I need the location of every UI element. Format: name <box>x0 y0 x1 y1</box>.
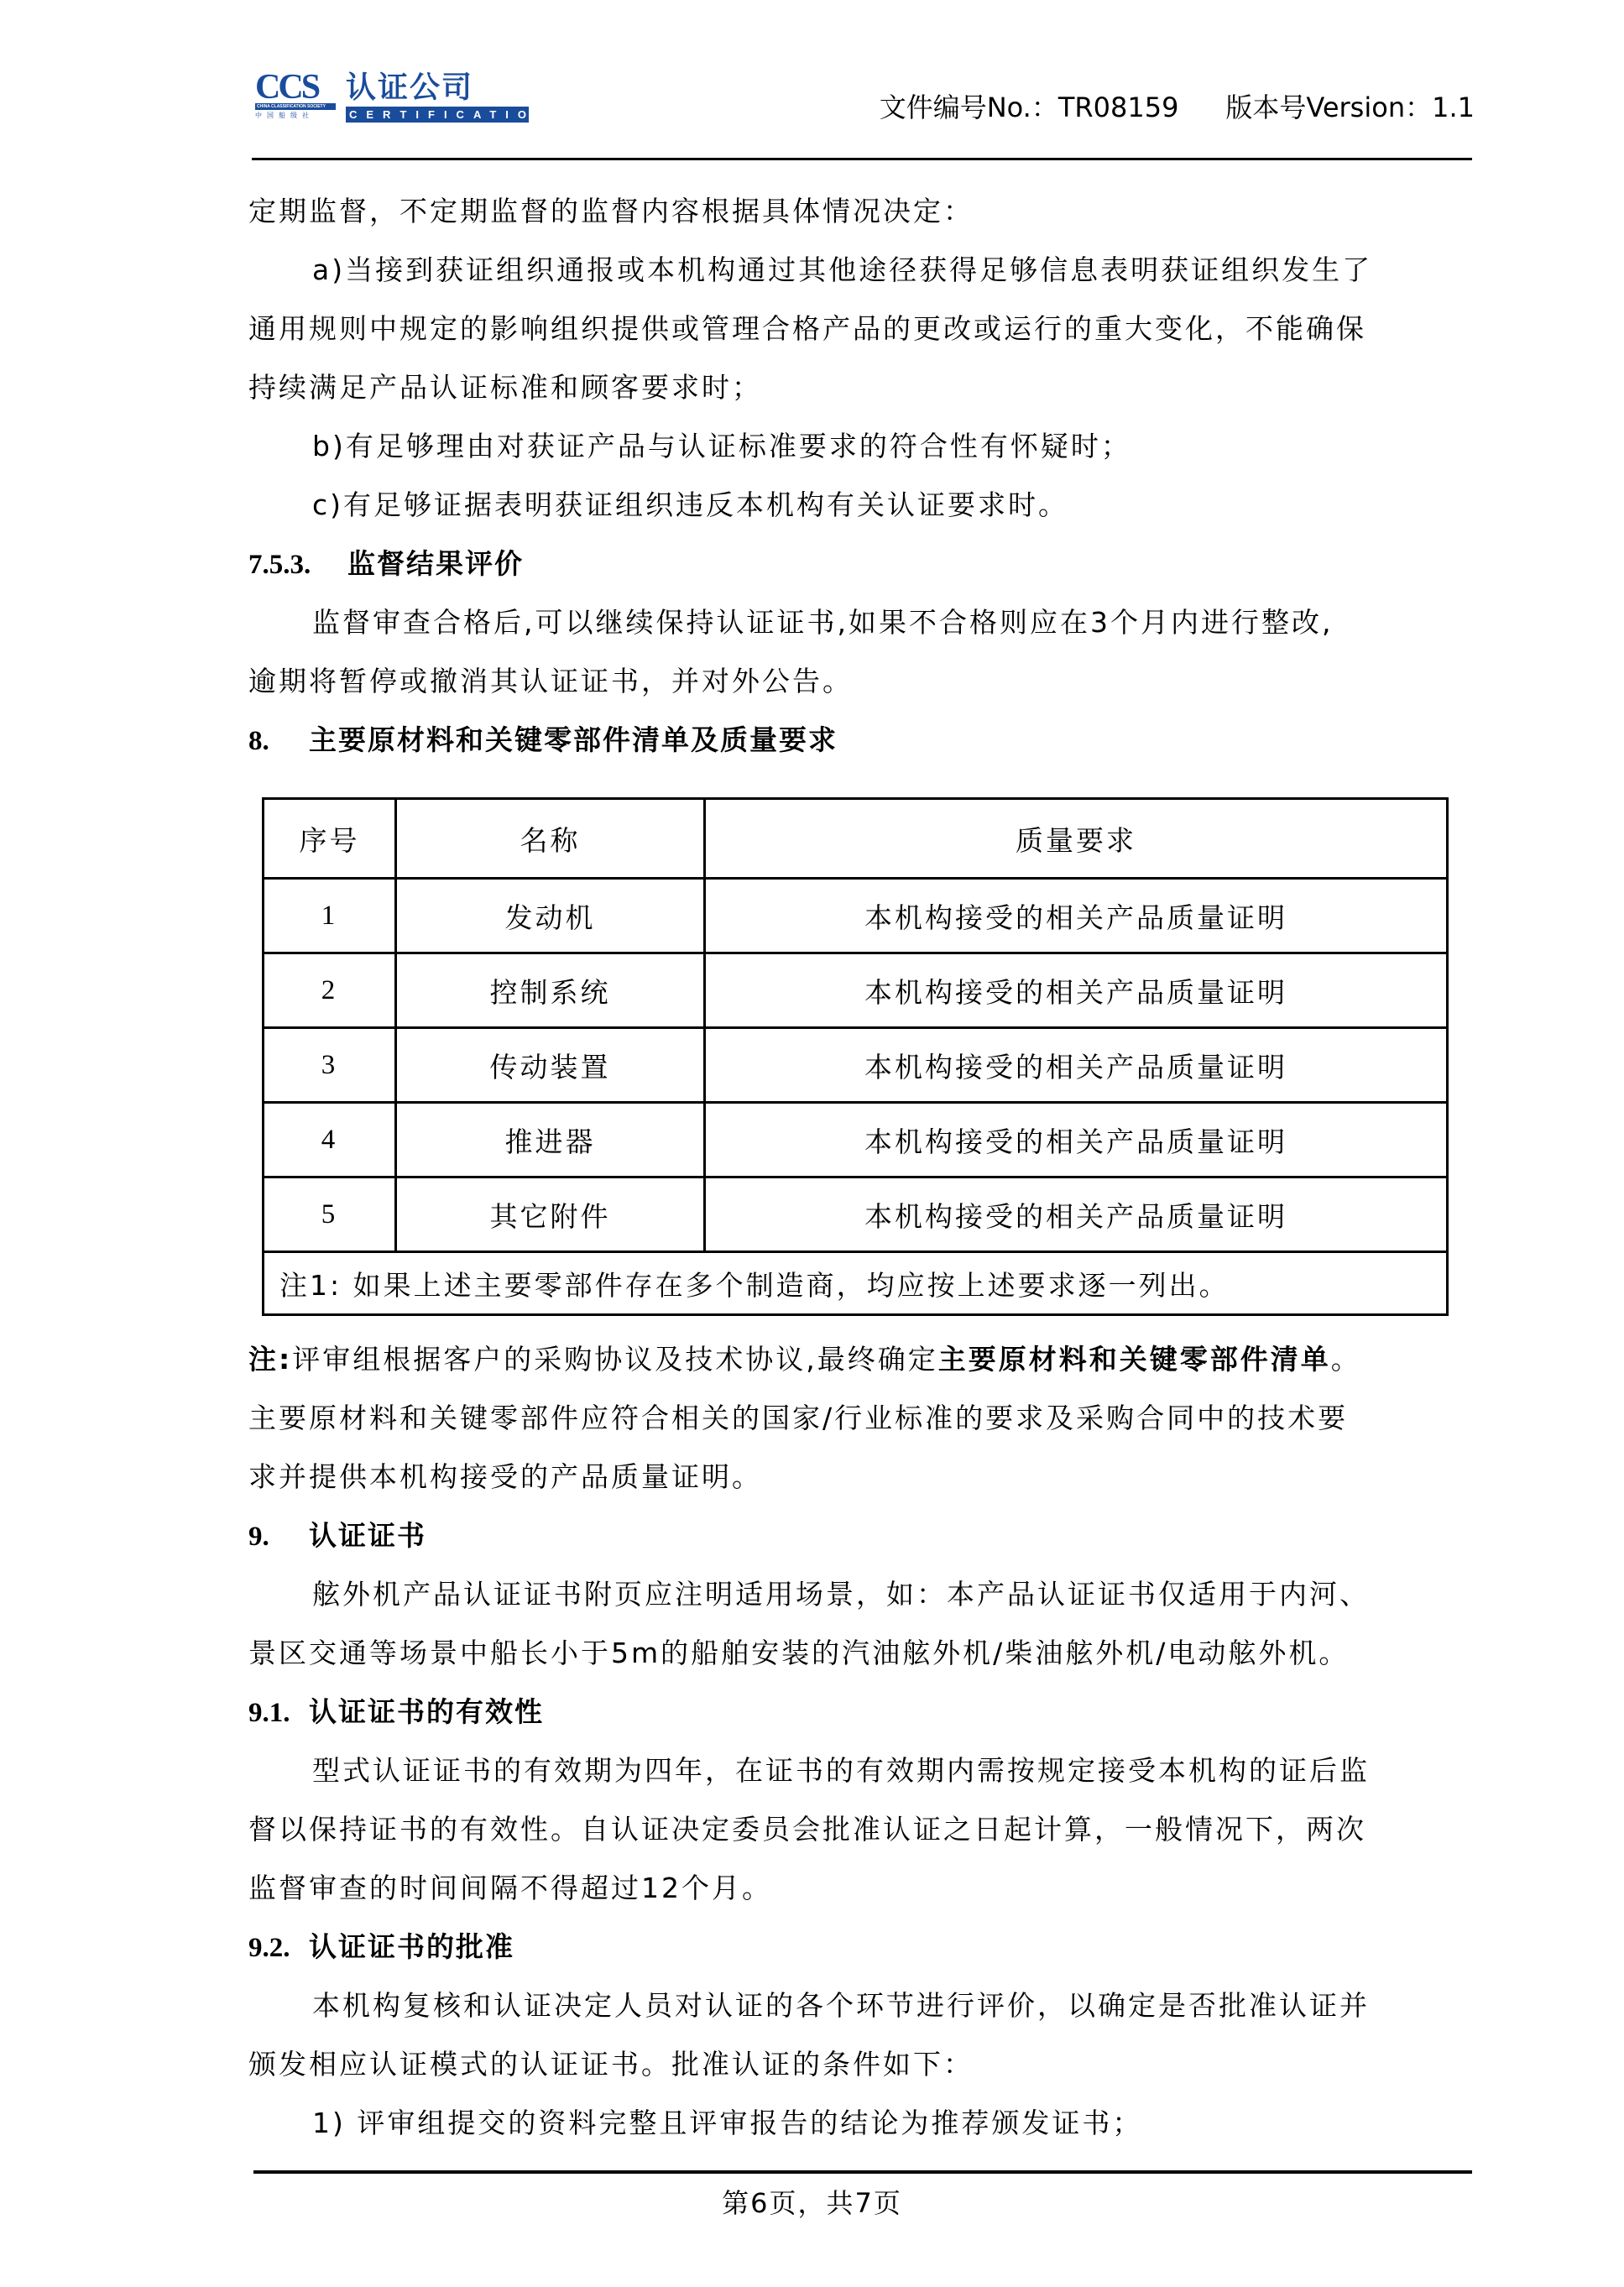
column-header-requirement: 质量要求 <box>705 799 1448 879</box>
paragraph-line: 舷外机产品认证证书附页应注明适用场景，如：本产品认证证书仅适用于内河、 <box>312 1578 1370 1611</box>
society-english-name: CHINA CLASSIFICATION SOCIETY <box>255 103 336 110</box>
column-header-name: 名称 <box>396 799 705 879</box>
note-label: 注: <box>248 1343 292 1376</box>
quality-requirement: 本机构接受的相关产品质量证明 <box>705 879 1448 953</box>
component-name: 传动装置 <box>396 1028 705 1103</box>
row-number: 1 <box>264 879 396 953</box>
table-note: 注1: 如果上述主要零部件存在多个制造商，均应按上述要求逐一列出。 <box>264 1252 1448 1315</box>
quality-requirement: 本机构接受的相关产品质量证明 <box>705 1103 1448 1177</box>
version-number: 1.1 <box>1432 91 1475 123</box>
components-table: 序号 名称 质量要求 1 发动机 本机构接受的相关产品质量证明 2 控制系统 本… <box>262 797 1449 1316</box>
table-row: 3 传动装置 本机构接受的相关产品质量证明 <box>264 1028 1448 1103</box>
paragraph-line: 通用规则中规定的影响组织提供或管理合格产品的更改或运行的重大变化，不能确保 <box>248 312 1366 346</box>
document-meta: 文件编号No.：TR08159版本号Version：1.1 <box>880 91 1475 124</box>
society-chinese-name: 中国船级社 <box>255 111 314 120</box>
emphasized-term: 主要原材料和关键零部件清单 <box>938 1343 1331 1376</box>
ccs-certification-logo: CCS CHINA CLASSIFICATION SOCIETY 中国船级社 认… <box>255 72 529 123</box>
paragraph-line: 定期监督，不定期监督的监督内容根据具体情况决定： <box>248 195 974 228</box>
row-number: 2 <box>264 953 396 1028</box>
paragraph-line: 本机构复核和认证决定人员对认证的各个环节进行评价，以确定是否批准认证并 <box>312 1989 1370 2023</box>
table-row: 5 其它附件 本机构接受的相关产品质量证明 <box>264 1177 1448 1252</box>
paragraph-line: 颁发相应认证模式的认证证书。批准认证的条件如下： <box>248 2048 974 2081</box>
table-row: 4 推进器 本机构接受的相关产品质量证明 <box>264 1103 1448 1177</box>
version-label: 版本号Version： <box>1225 91 1432 123</box>
ccs-logo-mark: CCS CHINA CLASSIFICATION SOCIETY 中国船级社 <box>255 72 337 120</box>
company-chinese-name: 认证公司 <box>346 72 529 104</box>
section-heading-9-1: 9.1.认证证书的有效性 <box>248 1695 544 1730</box>
section-heading-9-2: 9.2.认证证书的批准 <box>248 1930 514 1965</box>
component-name: 其它附件 <box>396 1177 705 1252</box>
component-name: 发动机 <box>396 879 705 953</box>
paragraph-line: 求并提供本机构接受的产品质量证明。 <box>248 1460 762 1494</box>
page-number: 第6页，共7页 <box>0 2182 1624 2221</box>
row-number: 4 <box>264 1103 396 1177</box>
paragraph-line: a)当接到获证组织通报或本机构通过其他途径获得足够信息表明获证组织发生了 <box>312 253 1372 287</box>
paragraph-line: 督以保持证书的有效性。自认证决定委员会批准认证之日起计算，一般情况下，两次 <box>248 1813 1366 1846</box>
component-name: 控制系统 <box>396 953 705 1028</box>
table-row: 2 控制系统 本机构接受的相关产品质量证明 <box>264 953 1448 1028</box>
quality-requirement: 本机构接受的相关产品质量证明 <box>705 953 1448 1028</box>
list-item: 1) 评审组提交的资料完整且评审报告的结论为推荐颁发证书； <box>312 2107 1142 2140</box>
paragraph-line: 型式认证证书的有效期为四年，在证书的有效期内需按规定接受本机构的证后监 <box>312 1754 1370 1788</box>
paragraph-line: 主要原材料和关键零部件应符合相关的国家/行业标准的要求及采购合同中的技术要 <box>248 1402 1348 1435</box>
note-line: 注:评审组根据客户的采购协议及技术协议,最终确定主要原材料和关键零部件清单。 <box>248 1343 1361 1376</box>
paragraph-line: 监督审查合格后,可以继续保持认证证书,如果不合格则应在3个月内进行整改, <box>312 606 1333 640</box>
header-divider <box>252 158 1472 160</box>
document-page: CCS CHINA CLASSIFICATION SOCIETY 中国船级社 认… <box>0 0 1624 2287</box>
paragraph-line: b)有足够理由对获证产品与认证标准要求的符合性有怀疑时； <box>312 430 1131 463</box>
paragraph-line: c)有足够证据表明获证组织违反本机构有关认证要求时。 <box>312 488 1068 522</box>
footer-divider <box>253 2170 1472 2174</box>
quality-requirement: 本机构接受的相关产品质量证明 <box>705 1028 1448 1103</box>
quality-requirement: 本机构接受的相关产品质量证明 <box>705 1177 1448 1252</box>
doc-number-label: 文件编号No.： <box>880 91 1058 123</box>
certification-wordmark: 认证公司 CERTIFICATION <box>346 72 529 123</box>
paragraph-line: 景区交通等场景中船长小于5m的船舶安装的汽油舷外机/柴油舷外机/电动舷外机。 <box>248 1637 1349 1670</box>
paragraph-line: 监督审查的时间间隔不得超过12个月。 <box>248 1872 772 1905</box>
doc-number: TR08159 <box>1058 91 1179 123</box>
table-header-row: 序号 名称 质量要求 <box>264 799 1448 879</box>
table-row: 1 发动机 本机构接受的相关产品质量证明 <box>264 879 1448 953</box>
row-number: 3 <box>264 1028 396 1103</box>
paragraph-line: 持续满足产品认证标准和顾客要求时； <box>248 371 762 405</box>
column-header-no: 序号 <box>264 799 396 879</box>
company-english-name: CERTIFICATION <box>346 107 529 123</box>
component-name: 推进器 <box>396 1103 705 1177</box>
section-heading-7-5-3: 7.5.3.监督结果评价 <box>248 547 524 582</box>
row-number: 5 <box>264 1177 396 1252</box>
ccs-letters: CCS <box>255 72 318 102</box>
section-heading-9: 9.认证证书 <box>248 1519 426 1553</box>
paragraph-line: 逾期将暂停或撤消其认证证书，并对外公告。 <box>248 665 853 698</box>
table-note-row: 注1: 如果上述主要零部件存在多个制造商，均应按上述要求逐一列出。 <box>264 1252 1448 1315</box>
section-heading-8: 8.主要原材料和关键零部件清单及质量要求 <box>248 723 838 758</box>
